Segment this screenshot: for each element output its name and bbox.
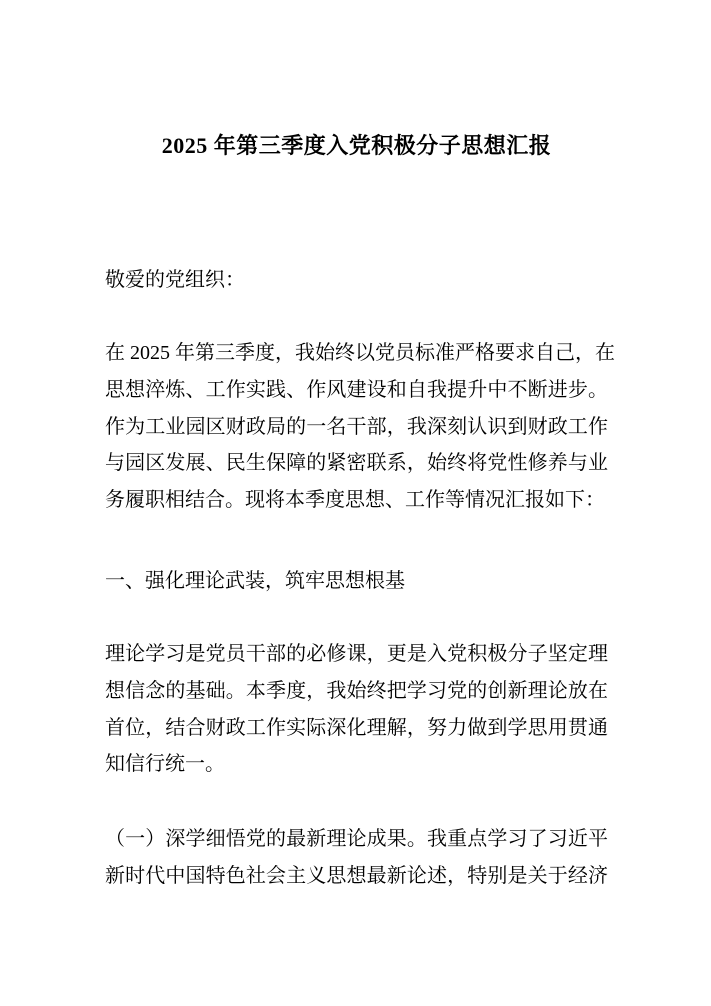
text-line: 新时代中国特色社会主义思想最新论述，特别是关于经济 [105, 858, 608, 895]
text-line: （一）深学细悟党的最新理论成果。我重点学习了习近平 [105, 821, 608, 858]
text-line: 思想淬炼、工作实践、作风建设和自我提升中不断进步。 [105, 372, 608, 409]
text-line: 知信行统一。 [105, 746, 608, 783]
text-line: 作为工业园区财政局的一名干部，我深刻认识到财政工作 [105, 409, 608, 446]
text-line: 理论学习是党员干部的必修课，更是入党积极分子坚定理 [105, 636, 608, 673]
text-line: 一、强化理论武装，筑牢思想根基 [105, 563, 608, 600]
text-line: 想信念的基础。本季度，我始终把学习党的创新理论放在 [105, 673, 608, 710]
paragraph-theory-study: 理论学习是党员干部的必修课，更是入党积极分子坚定理 想信念的基础。本季度，我始终… [105, 636, 608, 783]
text-line: 务履职相结合。现将本季度思想、工作等情况汇报如下： [105, 482, 608, 519]
document-page: 2025 年第三季度入党积极分子思想汇报 敬爱的党组织： 在 2025 年第三季… [0, 0, 711, 1006]
section-heading-1: 一、强化理论武装，筑牢思想根基 [105, 563, 608, 600]
document-title: 2025 年第三季度入党积极分子思想汇报 [105, 15, 608, 163]
text-line: 首位，结合财政工作实际深化理解，努力做到学思用贯通 [105, 710, 608, 747]
text-line: 在 2025 年第三季度，我始终以党员标准严格要求自己，在 [105, 335, 608, 372]
paragraph-intro: 在 2025 年第三季度，我始终以党员标准严格要求自己，在 思想淬炼、工作实践、… [105, 335, 608, 519]
text-line: 与园区发展、民生保障的紧密联系，始终将党性修养与业 [105, 445, 608, 482]
paragraph-subsection-1: （一）深学细悟党的最新理论成果。我重点学习了习近平 新时代中国特色社会主义思想最… [105, 821, 608, 894]
salutation: 敬爱的党组织： [105, 262, 608, 299]
